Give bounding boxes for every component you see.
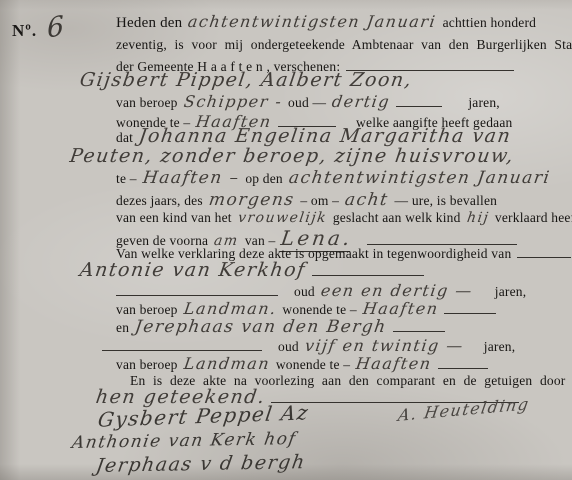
- filler-rule: [438, 358, 488, 369]
- handwritten-witness1-occupation: Landman.: [182, 299, 277, 318]
- handwritten-birthplace: Haaften –: [141, 168, 240, 188]
- printed-text: — ure, is bevallen: [395, 193, 498, 208]
- handwritten-witness1-age: een en dertig —: [320, 281, 475, 300]
- handwritten-date: achtentwintigsten Januari: [187, 12, 438, 31]
- filler-rule: [517, 247, 571, 258]
- filler-rule: [396, 96, 442, 107]
- filler-rule: [367, 234, 517, 245]
- document-line: Heden denachtentwintigsten Januariachtti…: [116, 12, 536, 32]
- handwritten-witness2-residence: Haaften: [355, 354, 433, 373]
- handwritten-birthdate: achtentwintigsten Januari: [287, 168, 551, 188]
- printed-text: van beroep: [116, 357, 178, 372]
- handwritten-witness2-name: Jerephaas van den Bergh: [134, 317, 389, 337]
- document-line: oudvijf en twintig —jaren,: [102, 336, 515, 356]
- document-line: dezes jaars, desmorgens– om –acht— ure, …: [116, 190, 497, 210]
- document-line: Gijsbert Pippel, Aalbert Zoon,: [80, 69, 412, 91]
- printed-text: op den: [245, 171, 283, 186]
- printed-text: van beroep: [116, 302, 178, 317]
- printed-text: van een kind van het: [116, 210, 232, 225]
- printed-text: wonende te –: [276, 357, 350, 372]
- document-line: Peuten, zonder beroep, zijne huisvrouw,: [70, 145, 514, 167]
- printed-text: verklaard heeft te: [495, 210, 572, 225]
- document-line: oudeen en dertig —jaren,: [116, 281, 526, 301]
- printed-text: jaren,: [495, 284, 527, 299]
- printed-text: jaren,: [484, 339, 516, 354]
- document-line: van beroepLandman.wonende te –Haaften: [116, 299, 496, 319]
- handwritten-witness2-age: vijf en twintig —: [304, 336, 466, 355]
- handwritten-gender: vrouwelijk: [237, 210, 328, 226]
- filler-rule: [312, 265, 424, 276]
- document-line: datJohanna Engelina Margaritha van: [116, 125, 511, 147]
- handwritten-witness1-name: Antonie van Kerkhof: [78, 259, 307, 281]
- printed-text: – om –: [300, 193, 339, 208]
- handwritten-daypart: morgens: [207, 190, 295, 210]
- handwritten-witness2-occupation: Landman: [182, 354, 271, 373]
- handwritten-mother-name: Johanna Engelina Margaritha van: [138, 125, 513, 147]
- act-number-value: 6: [47, 10, 65, 44]
- handwritten-hour: acht: [344, 190, 390, 210]
- document-line: van beroepSchipper -oud —dertigjaren,: [116, 92, 500, 112]
- act-number-block: Nº. 6: [12, 12, 64, 43]
- document-line: te –Haaften –op denachtentwintigsten Jan…: [116, 168, 550, 188]
- handwritten-witness1-residence: Haaften: [361, 299, 439, 318]
- act-number-label: Nº.: [12, 21, 37, 40]
- printed-text: en: [116, 320, 129, 335]
- document-line: van beroepLandmanwonende te –Haaften: [116, 354, 488, 374]
- filler-rule: [102, 340, 262, 351]
- printed-text: geslacht aan welk kind: [333, 210, 461, 225]
- document-line: zeventig, is voor mij ondergeteekende Am…: [116, 36, 572, 54]
- printed-text: te –: [116, 171, 137, 186]
- printed-text: oud —: [288, 95, 326, 110]
- printed-text: jaren,: [468, 95, 500, 110]
- witness2-signature: Jerphaas v d bergh: [94, 451, 307, 477]
- handwritten-age: dertig: [331, 92, 392, 111]
- printed-text: dat: [116, 130, 133, 145]
- birth-certificate-scan: Nº. 6 Heden denachtentwintigsten Januari…: [0, 0, 572, 480]
- printed-text: oud: [278, 339, 299, 354]
- filler-rule: [393, 321, 445, 332]
- filler-rule: [116, 285, 278, 296]
- printed-text: achttien honderd: [443, 15, 537, 30]
- printed-text: van beroep: [116, 95, 178, 110]
- handwritten-pronoun: hij: [465, 210, 490, 226]
- printed-text: zeventig, is voor mij ondergeteekende Am…: [116, 37, 572, 52]
- witness1-signature: Anthonie van Kerk hof: [70, 429, 297, 453]
- handwritten-declarant-name: Gijsbert Pippel, Aalbert Zoon,: [78, 69, 413, 91]
- handwritten-mother-name-continued: Peuten, zonder beroep, zijne huisvrouw,: [68, 145, 515, 167]
- printed-text: oud: [294, 284, 315, 299]
- filler-rule: [444, 303, 496, 314]
- document-line: Antonie van Kerkhof: [80, 259, 424, 281]
- document-line: enJerephaas van den Bergh: [116, 317, 445, 337]
- document-line: van een kind van hetvrouwelijkgeslacht a…: [116, 209, 572, 227]
- printed-text: wonende te –: [282, 302, 356, 317]
- handwritten-occupation: Schipper -: [182, 92, 283, 111]
- printed-text: Heden den: [116, 15, 182, 31]
- printed-text: dezes jaars, des: [116, 193, 203, 208]
